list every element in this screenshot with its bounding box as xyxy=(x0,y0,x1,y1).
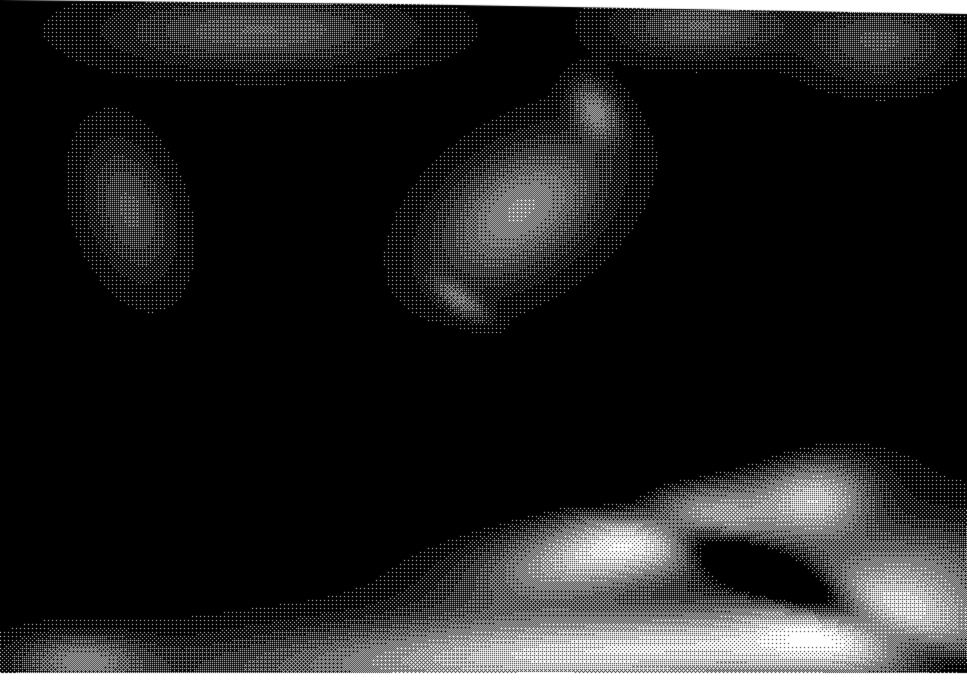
dithered-photo xyxy=(0,0,967,681)
photo-frame xyxy=(0,0,967,681)
